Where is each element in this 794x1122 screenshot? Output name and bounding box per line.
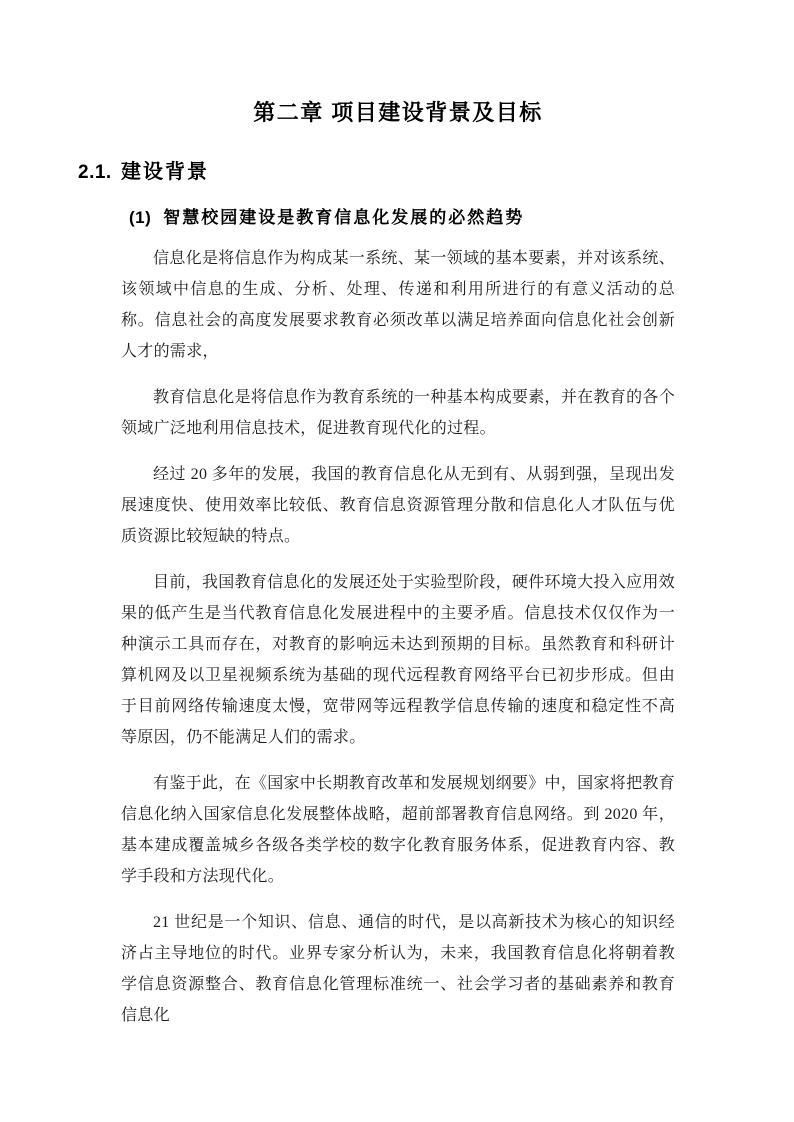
section-number: 2.1.	[78, 161, 112, 185]
body-paragraph: 教育信息化是将信息作为教育系统的一种基本构成要素，并在教育的各个领域广泛地利用信…	[121, 382, 675, 444]
section-title: 建设背景	[121, 161, 209, 183]
subsection-heading: (1)智慧校园建设是教育信息化发展的必然趋势	[129, 207, 675, 229]
chapter-heading: 第二章 项目建设背景及目标	[121, 100, 675, 126]
body-paragraph: 信息化是将信息作为构成某一系统、某一领域的基本要素，并对该系统、该领域中信息的生…	[121, 243, 675, 367]
page-content: 第二章 项目建设背景及目标 2.1. 建设背景 (1)智慧校园建设是教育信息化发…	[0, 0, 794, 1031]
subsection-number: (1)	[129, 208, 151, 227]
body-paragraph: 21 世纪是一个知识、信息、通信的时代，是以高新技术为核心的知识经济占主导地位的…	[121, 907, 675, 1031]
body-paragraph: 有鉴于此，在《国家中长期教育改革和发展规划纲要》中，国家将把教育信息化纳入国家信…	[121, 768, 675, 892]
body-paragraph: 经过 20 多年的发展，我国的教育信息化从无到有、从弱到强，呈现出发展速度快、使…	[121, 459, 675, 552]
body-paragraph: 目前，我国教育信息化的发展还处于实验型阶段，硬件环境大投入应用效果的低产生是当代…	[121, 567, 675, 753]
subsection-title: 智慧校园建设是教育信息化发展的必然趋势	[163, 208, 524, 227]
document-page: 第二章 项目建设背景及目标 2.1. 建设背景 (1)智慧校园建设是教育信息化发…	[0, 0, 794, 1122]
section-heading: 2.1. 建设背景	[121, 160, 675, 184]
